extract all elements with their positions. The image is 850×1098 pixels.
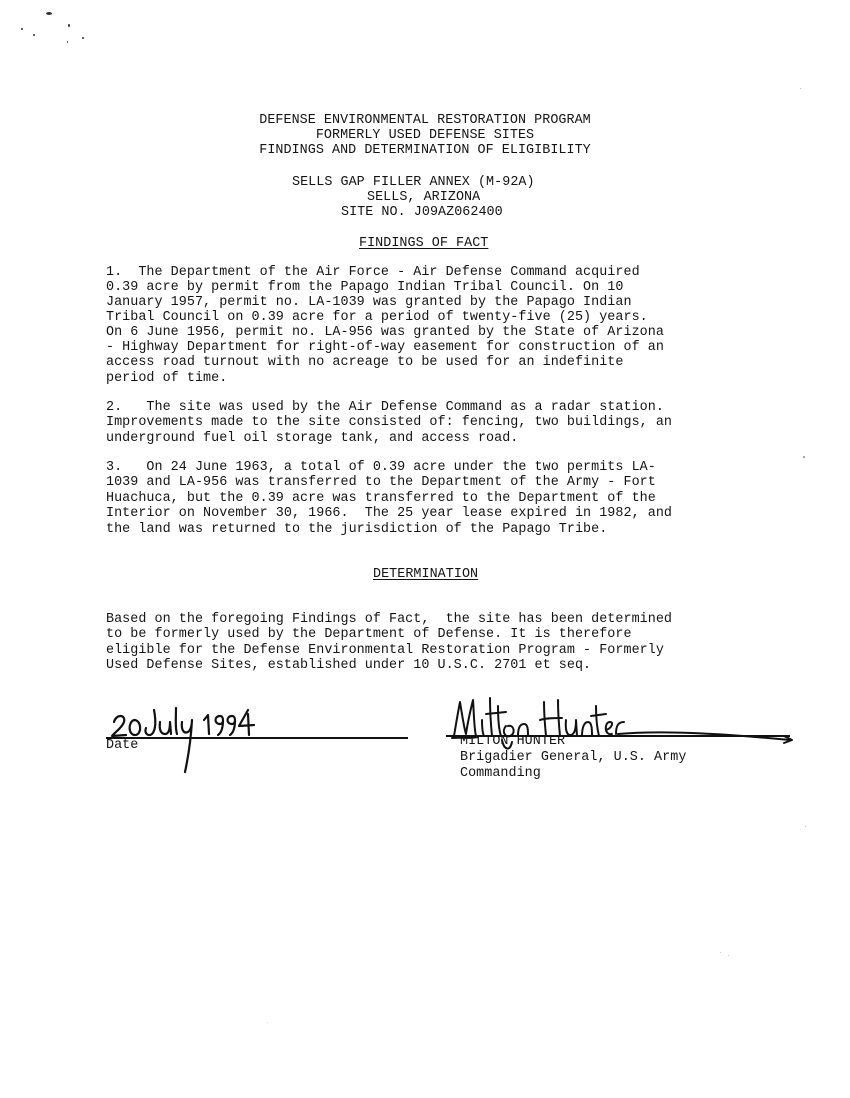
site-name: SELLS GAP FILLER ANNEX (M-92A): [292, 175, 535, 190]
paragraph-line: 2. The site was used by the Air Defense …: [106, 400, 664, 415]
paragraph-line: Improvements made to the site consisted …: [106, 415, 672, 430]
site-number: SITE NO. J09AZ062400: [341, 205, 503, 220]
date-signature-line: [106, 737, 408, 739]
paragraph-line: to be formerly used by the Department of…: [106, 627, 632, 642]
paragraph-line: the land was returned to the jurisdictio…: [106, 522, 607, 537]
paragraph-line: Used Defense Sites, established under 10…: [106, 658, 591, 673]
paragraph-line: access road turnout with no acreage to b…: [106, 355, 623, 370]
findings-heading: FINDINGS OF FACT: [359, 236, 488, 251]
site-location: SELLS, ARIZONA: [367, 190, 480, 205]
header-line: FORMERLY USED DEFENSE SITES: [0, 128, 850, 143]
paragraph-line: 3. On 24 June 1963, a total of 0.39 acre…: [106, 460, 656, 475]
document-page: DEFENSE ENVIRONMENTAL RESTORATION PROGRA…: [0, 0, 850, 1098]
paragraph-line: Interior on November 30, 1966. The 25 ye…: [106, 506, 672, 521]
determination-heading: DETERMINATION: [373, 567, 478, 582]
signer-role: Commanding: [460, 766, 541, 781]
paragraph-line: 1039 and LA-956 was transferred to the D…: [106, 475, 656, 490]
paragraph-line: January 1957, permit no. LA-1039 was gra…: [106, 295, 632, 310]
signer-name: MILTON HUNTER: [460, 734, 565, 749]
header-line: FINDINGS AND DETERMINATION OF ELIGIBILIT…: [0, 143, 850, 158]
paragraph-line: 1. The Department of the Air Force - Air…: [106, 265, 640, 280]
paragraph-line: Tribal Council on 0.39 acre for a period…: [106, 310, 648, 325]
paragraph-line: underground fuel oil storage tank, and a…: [106, 431, 518, 446]
header-line: DEFENSE ENVIRONMENTAL RESTORATION PROGRA…: [0, 113, 850, 128]
paragraph-line: Huachuca, but the 0.39 acre was transfer…: [106, 491, 656, 506]
signer-title: Brigadier General, U.S. Army: [460, 750, 686, 765]
paragraph-line: - Highway Department for right-of-way ea…: [106, 340, 664, 355]
paragraph-line: On 6 June 1956, permit no. LA-956 was gr…: [106, 325, 664, 340]
paragraph-line: Based on the foregoing Findings of Fact,…: [106, 612, 672, 627]
paragraph-line: period of time.: [106, 371, 227, 386]
date-label: Date: [106, 738, 138, 753]
paragraph-line: 0.39 acre by permit from the Papago Indi…: [106, 280, 623, 295]
paragraph-line: eligible for the Defense Environmental R…: [106, 643, 664, 658]
